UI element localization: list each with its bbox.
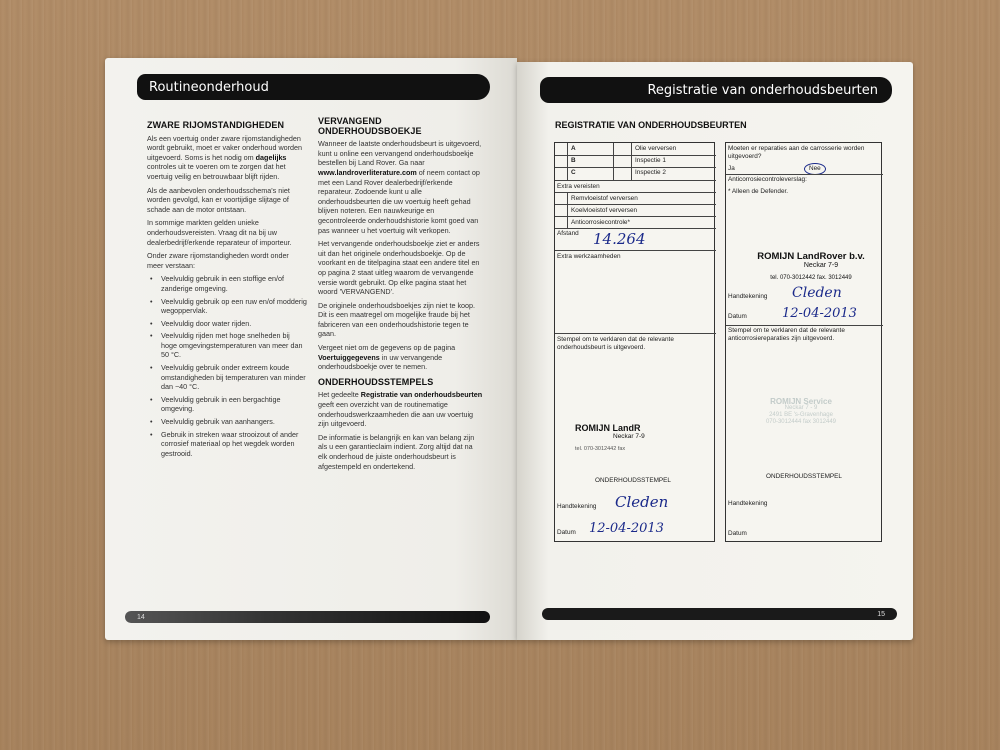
stamp-note: Stempel om te verklaren dat de relevante… bbox=[557, 336, 707, 352]
list-item: Veelvuldig gebruik van aanhangers. bbox=[147, 417, 307, 427]
distance-label: Afstand bbox=[557, 230, 579, 238]
booklet: Routineonderhoud ZWARE RIJOMSTANDIGHEDEN… bbox=[105, 48, 913, 640]
left-page-footer: 14 bbox=[125, 611, 490, 623]
stamp-label: ONDERHOUDSSTEMPEL bbox=[766, 473, 842, 481]
right-page-footer: 15 bbox=[542, 608, 897, 620]
service-type-a: A bbox=[571, 145, 576, 153]
signature: Cleden bbox=[792, 285, 842, 301]
list-item: Veelvuldig gebruik onder extreem koude o… bbox=[147, 363, 307, 392]
paragraph: In sommige markten gelden unieke onderho… bbox=[147, 218, 307, 247]
distance-value: 14.264 bbox=[593, 230, 646, 248]
bodywork-question: Moeten er reparaties aan de carrosserie … bbox=[728, 145, 878, 161]
anticorrosion-report-label: Anticorrosiecontroleverslag: bbox=[728, 176, 807, 184]
faded-stamp: ROMIJN Service Neckar 7 - 9 2491 BE 's-G… bbox=[746, 398, 856, 426]
paragraph: De informatie is belangrijk en kan van b… bbox=[318, 433, 483, 471]
signature-label: Handtekening bbox=[557, 503, 596, 511]
stamp-label: ONDERHOUDSSTEMPEL bbox=[595, 477, 671, 485]
extra-brake-fluid: Remvloeistof verversen bbox=[571, 195, 638, 203]
date-label: Datum bbox=[728, 313, 747, 321]
anticorrosion-form: Moeten er reparaties aan de carrosserie … bbox=[725, 142, 882, 542]
literature-link[interactable]: www.landroverliterature.com bbox=[318, 168, 417, 177]
paragraph: Wanneer de laatste onderhoudsbeurt is ui… bbox=[318, 139, 483, 235]
defender-note: * Alleen de Defender. bbox=[728, 188, 788, 196]
date-label: Datum bbox=[557, 529, 576, 537]
list-item: Veelvuldig door water rijden. bbox=[147, 319, 307, 329]
paragraph: Onder zware rijomstandigheden wordt onde… bbox=[147, 251, 307, 270]
left-header-title: Routineonderhoud bbox=[149, 80, 269, 95]
date-value: 12-04-2013 bbox=[589, 521, 664, 536]
service-type-c: C bbox=[571, 169, 576, 177]
paragraph: Het vervangende onderhoudsboekje ziet er… bbox=[318, 239, 483, 297]
extra-coolant: Koelvloeistof verversen bbox=[571, 207, 637, 215]
right-page-header: Registratie van onderhoudsbeurten bbox=[540, 77, 892, 103]
list-item: Veelvuldig gebruik in een stoffige en/of… bbox=[147, 274, 307, 293]
page-number: 15 bbox=[877, 611, 885, 618]
service-record-form: A B C Olie verversen Inspectie 1 Inspect… bbox=[554, 142, 715, 542]
service-type-b: B bbox=[571, 157, 576, 165]
left-page-header: Routineonderhoud bbox=[137, 74, 490, 100]
date-value: 12-04-2013 bbox=[782, 306, 857, 321]
signature-label: Handtekening bbox=[728, 293, 767, 301]
right-page: Registratie van onderhoudsbeurten REGIST… bbox=[517, 62, 913, 640]
extra-work-label: Extra werkzaamheden bbox=[557, 253, 621, 261]
signature-label-2: Handtekening bbox=[728, 500, 767, 508]
option-inspection-2: Inspectie 2 bbox=[635, 169, 666, 177]
paragraph: Het gedeelte Registratie van onderhoudsb… bbox=[318, 390, 483, 428]
answer-yes[interactable]: Ja bbox=[728, 165, 735, 173]
option-inspection-1: Inspectie 1 bbox=[635, 157, 666, 165]
page-number: 14 bbox=[137, 614, 145, 621]
heading-replacement-booklet: VERVANGEND ONDERHOUDSBOEKJE bbox=[318, 117, 483, 136]
list-item: Veelvuldig gebruik op een ruw en/of modd… bbox=[147, 297, 307, 316]
conditions-list: Veelvuldig gebruik in een stoffige en/of… bbox=[147, 274, 307, 458]
column-heavy-conditions: ZWARE RIJOMSTANDIGHEDEN Als een voertuig… bbox=[147, 121, 307, 461]
extra-requirements-label: Extra vereisten bbox=[557, 183, 600, 191]
heading-heavy-conditions: ZWARE RIJOMSTANDIGHEDEN bbox=[147, 121, 307, 131]
signature: Cleden bbox=[615, 493, 668, 511]
option-oil-change: Olie verversen bbox=[635, 145, 676, 153]
paragraph: Vergeet niet om de gegevens op de pagina… bbox=[318, 343, 483, 372]
column-replacement-booklet: VERVANGEND ONDERHOUDSBOEKJE Wanneer de l… bbox=[318, 117, 483, 475]
list-item: Veelvuldig rijden met hoge snelheden bij… bbox=[147, 331, 307, 360]
anticorrosion-stamp-note: Stempel om te verklaren dat de relevante… bbox=[728, 327, 878, 343]
left-page: Routineonderhoud ZWARE RIJOMSTANDIGHEDEN… bbox=[105, 58, 517, 640]
heading-maintenance-stamps: ONDERHOUDSSTEMPELS bbox=[318, 378, 483, 388]
extra-anticorrosion: Anticorrosiecontrole* bbox=[571, 219, 630, 227]
section-title: REGISTRATIE VAN ONDERHOUDSBEURTEN bbox=[555, 120, 747, 130]
paragraph: De originele onderhoudsboekjes zijn niet… bbox=[318, 301, 483, 339]
list-item: Veelvuldig gebruik in een bergachtige om… bbox=[147, 395, 307, 414]
paragraph: Als een voertuig onder zware rijomstandi… bbox=[147, 134, 307, 182]
dealer-stamp-full: ROMIJN LandRover b.v. Neckar 7-9 tel. 07… bbox=[746, 251, 876, 281]
dealer-stamp: ROMIJN LandR Neckar 7-9 tel. 070-3012442… bbox=[575, 423, 685, 452]
list-item: Gebruik in streken waar strooizout of an… bbox=[147, 430, 307, 459]
date-label-2: Datum bbox=[728, 530, 747, 538]
paragraph: Als de aanbevolen onderhoudsschema's nie… bbox=[147, 186, 307, 215]
right-header-title: Registratie van onderhoudsbeurten bbox=[647, 83, 878, 98]
